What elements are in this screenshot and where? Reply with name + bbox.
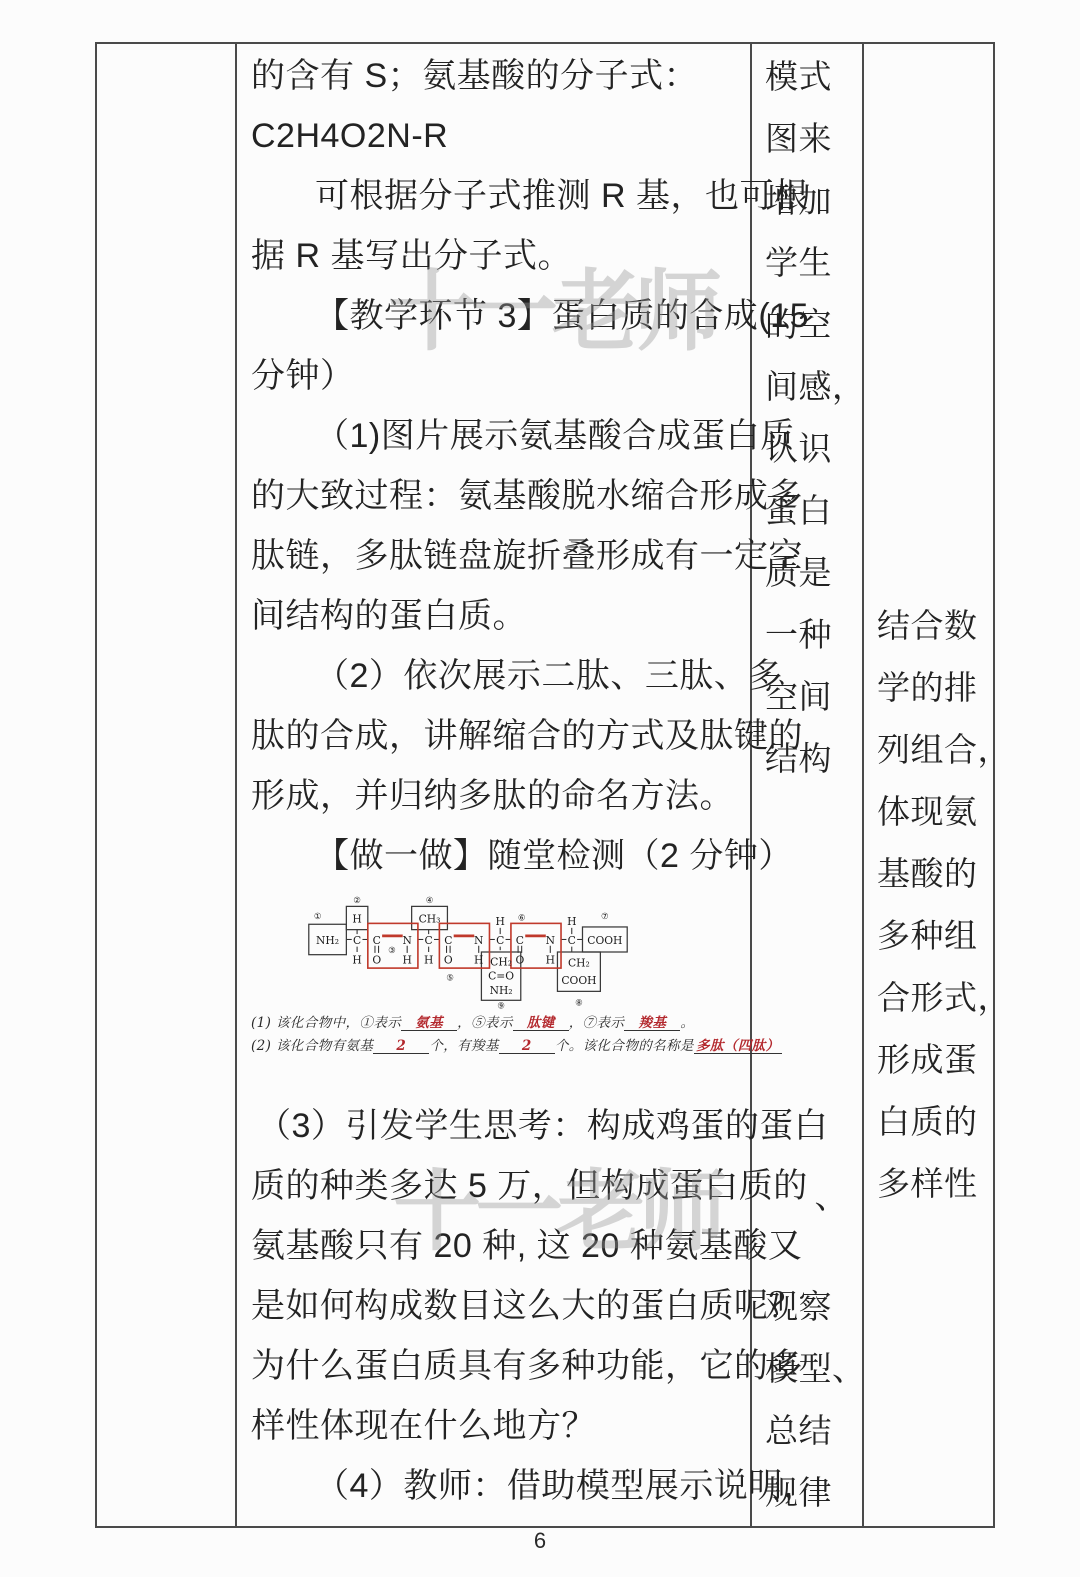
question-text: (1) 该化合物中，①表示 bbox=[251, 1015, 401, 1031]
atom-label: H bbox=[352, 954, 361, 967]
atom-label: COOH bbox=[561, 974, 596, 987]
question-text: ，⑤表示 bbox=[457, 1015, 513, 1031]
text-line: 认识 bbox=[765, 418, 852, 480]
marker-1: ① bbox=[314, 912, 322, 922]
peptide-structure-diagram: NH₂ C H H C O N H C CH₃ H C O N H C H bbox=[307, 894, 629, 1010]
text-line: 观察 bbox=[765, 1276, 852, 1338]
marker-3: ③ bbox=[388, 946, 396, 956]
answer-blank: 2 bbox=[499, 1040, 555, 1054]
atom-label: COOH bbox=[587, 934, 622, 947]
text-line: 的含有 S；氨基酸的分子式： bbox=[251, 46, 744, 106]
text-line: 质是 bbox=[765, 542, 852, 604]
text-line: 一种 bbox=[765, 604, 852, 666]
text-line: 间感， bbox=[765, 356, 852, 418]
text-line: 图来 bbox=[765, 108, 852, 170]
text-line: 氨基酸只有 20 种, 这 20 种氨基酸又 bbox=[251, 1216, 744, 1276]
table-cell-empty-left bbox=[97, 44, 237, 1526]
text-line: 的空 bbox=[765, 294, 852, 356]
question-text: 个，有羧基 bbox=[429, 1038, 499, 1054]
text-line: 学生 bbox=[765, 232, 852, 294]
text-line: 肽的合成，讲解缩合的方式及肽键的 bbox=[251, 706, 744, 766]
atom-label: H bbox=[352, 912, 361, 925]
text-line: 多样性 bbox=[877, 1153, 985, 1215]
text-line: 是如何构成数目这么大的蛋白质呢？ bbox=[251, 1276, 744, 1336]
atom-label: C bbox=[516, 934, 524, 947]
text-line: 间结构的蛋白质。 bbox=[251, 586, 744, 646]
atom-label: C bbox=[568, 934, 576, 947]
text-line: （4）教师：借助模型展示说明， bbox=[251, 1456, 744, 1516]
text-line: 蛋白 bbox=[765, 480, 852, 542]
question-text: (2) 该化合物有氨基 bbox=[251, 1038, 373, 1054]
atom-label: C=O bbox=[488, 970, 514, 983]
question-text: ，⑦表示 bbox=[569, 1015, 625, 1031]
marker-2: ② bbox=[353, 896, 361, 906]
atom-label: O bbox=[372, 954, 381, 967]
table-cell-student-activity: 模式 图来 增加 学生 的空 间感， 认识 蛋白 质是 一种 空间 结构 、 观… bbox=[752, 44, 864, 1526]
marker-7: ⑦ bbox=[601, 912, 609, 922]
text-line: 合形式， bbox=[877, 967, 985, 1029]
text-line: 可根据分子式推测 R 基，也可根 bbox=[251, 166, 744, 226]
text-line: 质的种类多达 5 万，但构成蛋白质的 bbox=[251, 1156, 744, 1216]
atom-label: H bbox=[496, 915, 505, 928]
atom-label: O bbox=[444, 954, 453, 967]
atom-label: CH₃ bbox=[419, 912, 441, 925]
table-cell-design-intent: 结合数 学的排 列组合， 体现氨 基酸的 多种组 合形式， 形成蛋 白质的 多样… bbox=[864, 44, 991, 1526]
text-line: 形成，并归纳多肽的命名方法。 bbox=[251, 766, 744, 826]
lesson-plan-table: 的含有 S；氨基酸的分子式： C2H4O2N-R 可根据分子式推测 R 基，也可… bbox=[95, 42, 995, 1528]
atom-label: C bbox=[353, 934, 361, 947]
text-line: 列组合， bbox=[877, 719, 985, 781]
atom-label: H bbox=[567, 915, 576, 928]
text-line: 结合数 bbox=[877, 595, 985, 657]
atom-label: C bbox=[444, 934, 452, 947]
text-line: 学的排 bbox=[877, 657, 985, 719]
text-line: 模型、 bbox=[765, 1338, 852, 1400]
atom-label: C bbox=[496, 934, 504, 947]
answer-blank: 羧基 bbox=[624, 1017, 680, 1031]
text-line: 的大致过程：氨基酸脱水缩合形成多 bbox=[251, 466, 744, 526]
text-line: 基酸的 bbox=[877, 843, 985, 905]
atom-label: H bbox=[402, 954, 411, 967]
atom-label: H bbox=[424, 954, 433, 967]
text-line: 总结 bbox=[765, 1400, 852, 1462]
quiz-question-2: (2) 该化合物有氨基2个，有羧基2个。该化合物的名称是多肽（四肽） bbox=[251, 1037, 744, 1056]
text-line: 分钟） bbox=[251, 346, 744, 406]
atom-label: NH₂ bbox=[316, 934, 339, 947]
text-line: 白质的 bbox=[877, 1091, 985, 1153]
text-line: 样性体现在什么地方？ bbox=[251, 1396, 744, 1456]
quiz-question-1: (1) 该化合物中，①表示氨基，⑤表示肽键，⑦表示羧基。 bbox=[251, 1014, 744, 1033]
question-text: 。 bbox=[680, 1015, 694, 1031]
atom-label: H bbox=[546, 954, 555, 967]
text-line: （3）引发学生思考：构成鸡蛋的蛋白 bbox=[251, 1096, 744, 1156]
text-line: （2）依次展示二肽、三肽、多 bbox=[251, 646, 744, 706]
text-line: 据 R 基写出分子式。 bbox=[251, 226, 744, 286]
text-line: 结构 bbox=[765, 728, 852, 790]
atom-label: C bbox=[425, 934, 433, 947]
text-line: 模式 bbox=[765, 46, 852, 108]
atom-label: N bbox=[402, 934, 411, 947]
atom-label: CH₂ bbox=[568, 956, 590, 969]
marker-5: ⑤ bbox=[446, 974, 454, 984]
atom-label: NH₂ bbox=[490, 984, 513, 997]
marker-6: ⑥ bbox=[518, 914, 526, 924]
atom-label: O bbox=[515, 954, 524, 967]
marker-4: ④ bbox=[426, 896, 434, 906]
page-number: 6 bbox=[0, 1528, 1080, 1554]
atom-label: N bbox=[546, 934, 555, 947]
text-line: 多种组 bbox=[877, 905, 985, 967]
answer-blank: 氨基 bbox=[401, 1017, 457, 1031]
text-line: 、 bbox=[765, 1166, 852, 1228]
atom-label: C bbox=[373, 934, 381, 947]
question-text: 个。该化合物的名称是 bbox=[555, 1038, 694, 1054]
answer-blank: 2 bbox=[373, 1040, 429, 1054]
answer-blank: 肽键 bbox=[513, 1017, 569, 1031]
atom-label: CH₂ bbox=[490, 955, 512, 968]
marker-8: ⑧ bbox=[575, 999, 583, 1009]
text-line: 空间 bbox=[765, 666, 852, 728]
atom-label: H bbox=[474, 954, 483, 967]
text-line: C2H4O2N-R bbox=[251, 106, 744, 166]
text-line: 体现氨 bbox=[877, 781, 985, 843]
text-line: 【教学环节 3】蛋白质的合成(15 bbox=[251, 286, 744, 346]
text-line: （1)图片展示氨基酸合成蛋白质 bbox=[251, 406, 744, 466]
text-line: 规律 bbox=[765, 1462, 852, 1524]
text-line: 形成蛋 bbox=[877, 1029, 985, 1091]
marker-9: ⑨ bbox=[497, 1001, 505, 1010]
text-line: 增加 bbox=[765, 170, 852, 232]
text-line: 为什么蛋白质具有多种功能，它的多 bbox=[251, 1336, 744, 1396]
text-line: 肽链，多肽链盘旋折叠形成有一定空 bbox=[251, 526, 744, 586]
text-line: 【做一做】随堂检测（2 分钟） bbox=[251, 826, 744, 886]
atom-label: N bbox=[474, 934, 483, 947]
table-cell-teaching-process: 的含有 S；氨基酸的分子式： C2H4O2N-R 可根据分子式推测 R 基，也可… bbox=[237, 44, 752, 1526]
